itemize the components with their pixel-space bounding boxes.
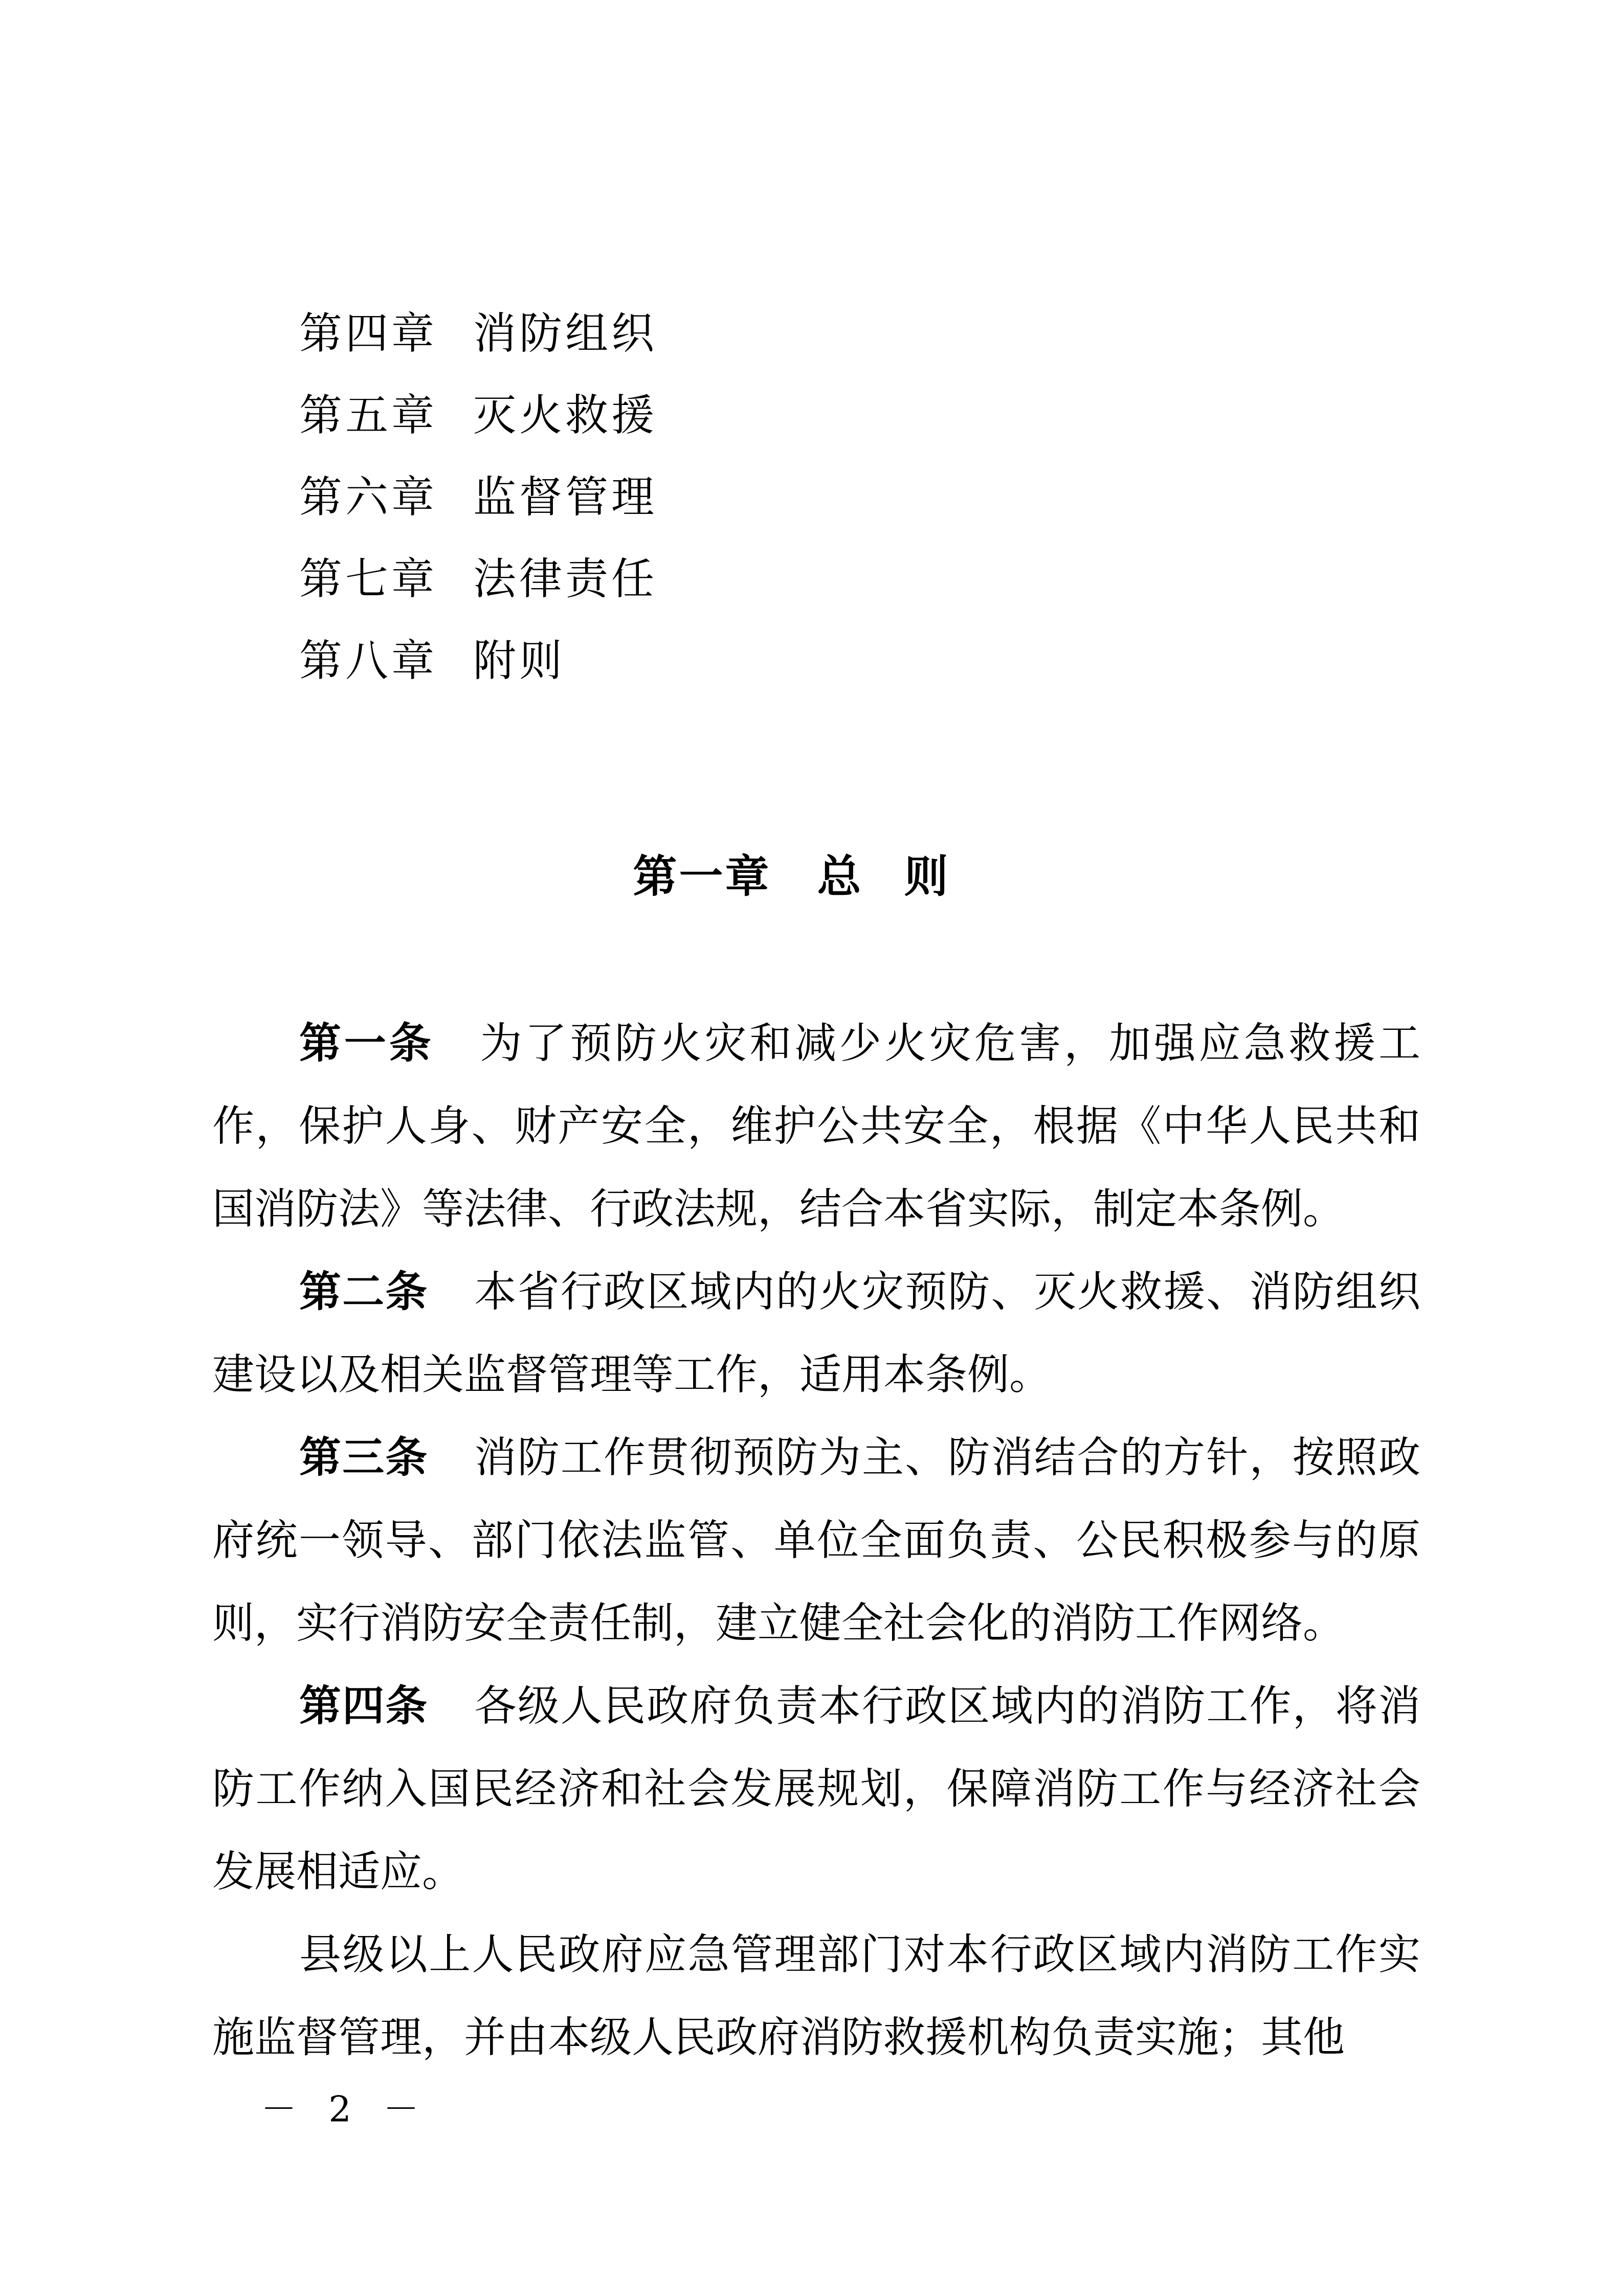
article-label: 第二条 xyxy=(299,1268,429,1316)
article-text: 县级以上人民政府应急管理部门对本行政区域内消防工作实施监督管理，并由本级人民政府… xyxy=(212,1930,1420,2062)
article-paragraph: 第二条本省行政区域内的火灾预防、灭火救援、消防组织建设以及相关监督管理等工作，适… xyxy=(212,1251,1420,1416)
toc-chapter-number: 第四章 xyxy=(299,292,473,374)
toc-item: 第八章附则 xyxy=(299,620,657,702)
toc-chapter-number: 第五章 xyxy=(299,374,473,456)
document-page: 第四章消防组织 第五章灭火救援 第六章监督管理 第七章法律责任 第八章附则 第一… xyxy=(0,0,1624,2296)
toc-chapter-number: 第六章 xyxy=(299,456,473,538)
toc-chapter-title: 消防组织 xyxy=(473,308,657,358)
article-label: 第一条 xyxy=(299,1019,434,1068)
chapter-heading: 第一章总则 xyxy=(0,839,1624,915)
page-number: － 2 － xyxy=(261,2084,429,2135)
toc-chapter-number: 第七章 xyxy=(299,538,473,620)
toc-item: 第七章法律责任 xyxy=(299,538,657,620)
body-text: 第一条为了预防火灾和减少火灾危害，加强应急救援工作，保护人身、财产安全，维护公共… xyxy=(212,1002,1420,2079)
toc-chapter-title: 灭火救援 xyxy=(473,390,657,440)
toc-chapter-number: 第八章 xyxy=(299,620,473,702)
article-paragraph: 第三条消防工作贯彻预防为主、防消结合的方针，按照政府统一领导、部门依法监管、单位… xyxy=(212,1416,1420,1665)
chapter-number: 第一章 xyxy=(633,851,771,903)
toc-item: 第六章监督管理 xyxy=(299,456,657,538)
toc-chapter-title: 附则 xyxy=(473,636,565,686)
article-label: 第四条 xyxy=(299,1682,429,1730)
article-paragraph-continued: 县级以上人民政府应急管理部门对本行政区域内消防工作实施监督管理，并由本级人民政府… xyxy=(212,1914,1420,2079)
article-label: 第三条 xyxy=(299,1433,429,1482)
chapter-name: 总则 xyxy=(817,851,991,903)
toc-item: 第五章灭火救援 xyxy=(299,374,657,456)
article-paragraph: 第一条为了预防火灾和减少火灾危害，加强应急救援工作，保护人身、财产安全，维护公共… xyxy=(212,1002,1420,1251)
article-paragraph: 第四条各级人民政府负责本行政区域内的消防工作，将消防工作纳入国民经济和社会发展规… xyxy=(212,1665,1420,1914)
toc-chapter-title: 监督管理 xyxy=(473,472,657,522)
toc-chapter-title: 法律责任 xyxy=(473,554,657,604)
table-of-contents: 第四章消防组织 第五章灭火救援 第六章监督管理 第七章法律责任 第八章附则 xyxy=(299,292,657,702)
toc-item: 第四章消防组织 xyxy=(299,292,657,374)
